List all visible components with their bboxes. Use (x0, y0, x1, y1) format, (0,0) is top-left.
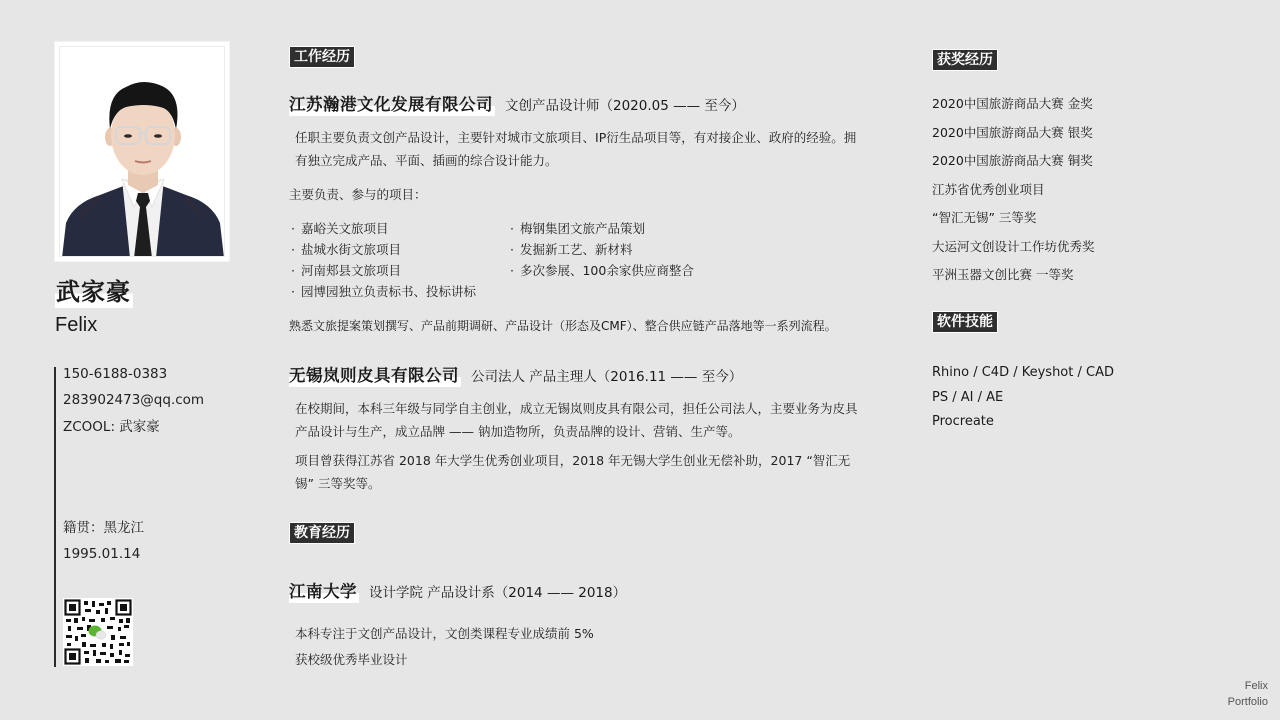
projects-label: 主要负责、参与的项目： (289, 186, 427, 204)
project-item: 嘉峪关文旅项目 (291, 218, 476, 239)
left-divider (54, 367, 56, 667)
person-portrait-icon (60, 47, 225, 257)
school-name: 江南大学 (289, 581, 359, 603)
skills-list: Rhino / C4D / Keyshot / CAD PS / AI / AE… (932, 364, 1114, 438)
section-heading-education: 教育经历 (289, 522, 355, 544)
skill-item: PS / AI / AE (932, 389, 1114, 414)
project-item: 河南郏县文旅项目 (291, 260, 476, 281)
job-1-summary: 熟悉文旅提案策划撰写、产品前期调研、产品设计（形态及CMF）、整合供应链产品落地… (289, 317, 837, 335)
project-item: 盐城水街文旅项目 (291, 239, 476, 260)
education-header: 江南大学 设计学院 产品设计系（2014 —— 2018） (289, 581, 626, 603)
job-2-header: 无锡岚则皮具有限公司 公司法人 产品主理人（2016.11 —— 至今） (289, 365, 742, 387)
projects-list-right: 梅钢集团文旅产品策划 发掘新工艺、新材料 多次参展、100余家供应商整合 (510, 218, 694, 281)
school-detail: 设计学院 产品设计系（2014 —— 2018） (369, 581, 626, 601)
job-1-header: 江苏瀚港文化发展有限公司 文创产品设计师（2020.05 —— 至今） (289, 94, 745, 116)
phone-number: 150-6188-0383 (63, 365, 167, 383)
job-2-achievements: 项目曾获得江苏省 2018 年大学生优秀创业项目，2018 年无锡大学生创业无偿… (295, 449, 865, 495)
project-item: 梅钢集团文旅产品策划 (510, 218, 694, 239)
name-english: Felix (55, 312, 97, 338)
award-item: 平洲玉器文创比赛 一等奖 (932, 266, 1095, 295)
profile-photo (55, 42, 229, 261)
portrait-image (59, 46, 225, 257)
award-item: 大运河文创设计工作坊优秀奖 (932, 238, 1095, 267)
project-item: 发掘新工艺、新材料 (510, 239, 694, 260)
project-item: 园博园独立负责标书、投标讲标 (291, 281, 476, 302)
section-heading-awards: 获奖经历 (932, 49, 998, 71)
email-address[interactable]: 283902473@qq.com (63, 391, 204, 409)
company-name: 江苏瀚港文化发展有限公司 (289, 94, 495, 116)
job-1-description: 任职主要负责文创产品设计，主要针对城市文旅项目、IP衍生品项目等，有对接企业、政… (295, 126, 865, 172)
job-role: 文创产品设计师（2020.05 —— 至今） (505, 94, 745, 114)
award-item: 2020中国旅游商品大赛 铜奖 (932, 152, 1095, 181)
awards-list: 2020中国旅游商品大赛 金奖 2020中国旅游商品大赛 银奖 2020中国旅游… (932, 95, 1095, 295)
hometown: 籍贯：黑龙江 (63, 519, 144, 537)
section-heading-skills: 软件技能 (932, 311, 998, 333)
qr-code-icon (63, 598, 133, 666)
zcool-handle[interactable]: ZCOOL: 武家豪 (63, 418, 160, 436)
wechat-qr-code (63, 598, 133, 666)
birthdate: 1995.01.14 (63, 545, 140, 563)
skill-item: Procreate (932, 413, 1114, 438)
award-item: 江苏省优秀创业项目 (932, 181, 1095, 210)
section-heading-work: 工作经历 (289, 46, 355, 68)
footer-label: Portfolio (1228, 694, 1268, 710)
project-item: 多次参展、100余家供应商整合 (510, 260, 694, 281)
footer-name: Felix (1228, 678, 1268, 694)
skill-item: Rhino / C4D / Keyshot / CAD (932, 364, 1114, 389)
award-item: 2020中国旅游商品大赛 银奖 (932, 124, 1095, 153)
job-2-description: 在校期间，本科三年级与同学自主创业，成立无锡岚则皮具有限公司，担任公司法人，主要… (295, 397, 865, 443)
job-role: 公司法人 产品主理人（2016.11 —— 至今） (471, 365, 742, 385)
education-line: 本科专注于文创产品设计，文创类课程专业成绩前 5% (295, 622, 865, 645)
portfolio-footer: Felix Portfolio (1228, 678, 1268, 710)
name-chinese: 武家豪 (55, 276, 133, 308)
award-item: “智汇无锡” 三等奖 (932, 209, 1095, 238)
projects-list-left: 嘉峪关文旅项目 盐城水街文旅项目 河南郏县文旅项目 园博园独立负责标书、投标讲标 (291, 218, 476, 302)
award-item: 2020中国旅游商品大赛 金奖 (932, 95, 1095, 124)
education-line: 获校级优秀毕业设计 (295, 648, 865, 671)
company-name: 无锡岚则皮具有限公司 (289, 365, 461, 387)
